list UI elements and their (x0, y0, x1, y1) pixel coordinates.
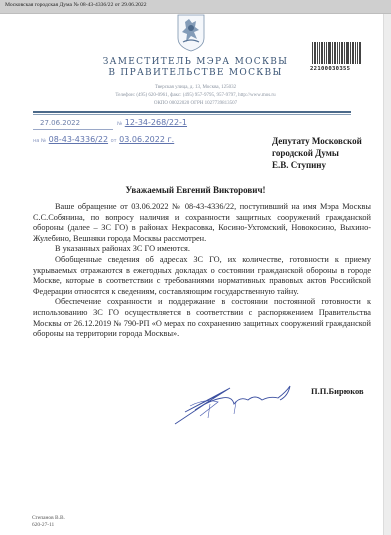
reference-line: на № 08-43-4336/22 от 03.06.2022 г. (33, 135, 174, 144)
ref-prefix: на № (33, 138, 46, 144)
executor-block: Степанов В.В. 620-27-11 (32, 515, 65, 529)
document-header-bar: Московская городская Дума № 08-43-4336/2… (0, 0, 391, 14)
outgoing-number-value: 12-34-268/22-1 (125, 118, 187, 127)
ref-date: 03.06.2022 г. (119, 135, 174, 144)
date-underline (33, 129, 113, 130)
recipient-line2: городской Думы (272, 147, 362, 159)
ref-from: от (111, 138, 117, 144)
outgoing-number: № 12-34-268/22-1 (117, 118, 187, 127)
signer-name: П.П.Бирюков (311, 386, 364, 396)
ref-number: 08-43-4336/22 (49, 135, 108, 144)
letterhead-address: Тверская улица, д. 13, Москва, 125032 (0, 85, 391, 90)
scrollbar[interactable] (383, 14, 391, 535)
barcode-icon (312, 42, 364, 64)
letter-body: Ваше обращение от 03.06.2022 № 08-43-433… (33, 202, 371, 340)
outgoing-date: 27.06.2022 (40, 119, 80, 127)
recipient-line3: Е.В. Ступину (272, 159, 362, 171)
document-registration-header: Московская городская Дума № 08-43-4336/2… (5, 2, 147, 8)
paragraph-1: Ваше обращение от 03.06.2022 № 08-43-433… (33, 202, 371, 244)
letterhead-divider-thick (33, 111, 351, 113)
letterhead-contacts: Телефон: (495) 620-0961, факс: (495) 957… (0, 93, 391, 98)
paragraph-4: Обеспечение сохранности и поддержание в … (33, 297, 371, 339)
barcode-number: 22100030355 (310, 66, 350, 72)
number-prefix: № (117, 121, 122, 127)
paragraph-2: В указанных районах ЗС ГО имеются. (33, 244, 371, 255)
salutation: Уважаемый Евгений Викторович! (0, 185, 391, 195)
moscow-coat-of-arms-icon (176, 14, 206, 52)
signature-icon (160, 376, 295, 426)
recipient-block: Депутату Московской городской Думы Е.В. … (272, 135, 362, 171)
letterhead-codes: ОКПО 00022020 ОГРН 1027739813507 (0, 101, 391, 106)
executor-phone: 620-27-11 (32, 522, 65, 529)
letterhead-divider-thin (33, 114, 351, 115)
letter-page: ЗАМЕСТИТЕЛЬ МЭРА МОСКВЫ В ПРАВИТЕЛЬСТВЕ … (0, 14, 384, 535)
paragraph-3: Обобщенные сведения об адресах ЗС ГО, их… (33, 255, 371, 297)
recipient-line1: Депутату Московской (272, 135, 362, 147)
executor-name: Степанов В.В. (32, 515, 65, 522)
